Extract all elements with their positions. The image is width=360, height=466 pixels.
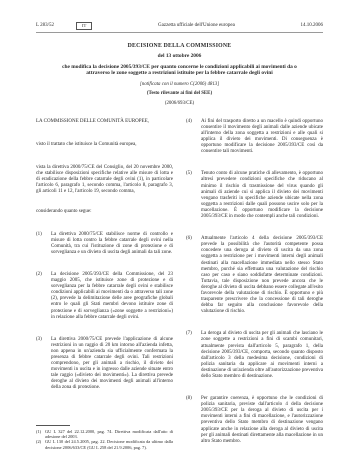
recital-7-text: La deroga al divieto di uscita per gli a… <box>201 331 323 380</box>
right-column: (4) Ai fini del trasporto diretto a un m… <box>186 119 323 450</box>
footnote-2-text: GU L 130 del 24.5.2005, pag. 22. Decisio… <box>45 439 173 450</box>
journal-title: Gazzetta ufficiale dell'Unione europea <box>92 22 300 29</box>
header-date: 14.10.2006 <box>301 22 324 29</box>
notification-number: [notificata con il numero C(2006) 4813] <box>36 82 323 87</box>
directive-citation: vista la direttiva 2000/75/CE del Consig… <box>36 165 173 195</box>
footnote-2-marker: (2) <box>36 439 45 450</box>
recital-2-number: (2) <box>36 272 51 321</box>
footnote-2: (2) GU L 130 del 24.5.2005, pag. 22. Dec… <box>36 439 173 450</box>
recital-1: (1) La direttiva 2000/75/CE stabilisce n… <box>36 232 173 256</box>
considering-line: considerando quanto segue: <box>36 209 173 215</box>
recital-2: (2) La decisione 2005/393/CE della Commi… <box>36 272 173 321</box>
two-column-body: LA COMMISSIONE DELLE COMUNITÀ EUROPEE, v… <box>36 119 323 450</box>
recital-6-number: (6) <box>186 236 201 315</box>
decision-subject: che modifica la decisione 2005/393/CE pe… <box>54 64 306 77</box>
decision-date: del 13 ottobre 2006 <box>36 53 323 59</box>
recital-7: (7) La deroga al divieto di uscita per g… <box>186 331 323 380</box>
language-code-box: IT <box>76 22 92 30</box>
recital-5-number: (5) <box>186 171 201 220</box>
opening-line: LA COMMISSIONE DELLE COMUNITÀ EUROPEE, <box>36 119 173 125</box>
recital-4-text: Ai fini del trasporto diretto a un macel… <box>201 119 323 156</box>
recital-3-text: La direttiva 2000/75/CE prevede l'applic… <box>51 337 173 392</box>
journal-page: L 283/52 IT Gazzetta ufficiale dell'Unio… <box>0 0 360 466</box>
title-block: DECISIONE DELLA COMMISSIONE del 13 ottob… <box>36 43 323 106</box>
recital-1-number: (1) <box>36 232 51 256</box>
eea-relevance-note: (Testo rilevante ai fini del SEE) <box>36 91 323 96</box>
recital-3: (3) La direttiva 2000/75/CE prevede l'ap… <box>36 337 173 392</box>
footnote-separator <box>36 425 70 426</box>
running-header: L 283/52 IT Gazzetta ufficiale dell'Unio… <box>36 22 323 33</box>
decision-number: (2006/693/CE) <box>36 101 323 106</box>
recital-3-number: (3) <box>36 337 51 392</box>
footnotes: (1) GU L 327 del 22.12.2000, pag. 74. Di… <box>36 421 173 450</box>
recital-6: (6) Attualmente l'articolo 4 della decis… <box>186 236 323 315</box>
footnote-1-text: GU L 327 del 22.12.2000, pag. 74. Dirett… <box>45 429 173 440</box>
recital-1-text: La direttiva 2000/75/CE stabilisce norme… <box>51 232 173 256</box>
recital-2-text: La decisione 2005/393/CE della Commissio… <box>51 272 173 321</box>
recital-7-number: (7) <box>186 331 201 380</box>
left-column: LA COMMISSIONE DELLE COMUNITÀ EUROPEE, v… <box>36 119 173 450</box>
recital-8: (8) Per garantire coerenza, è opportuno … <box>186 396 323 445</box>
recital-5-text: Tenuto conto di alcune pratiche di allev… <box>201 171 323 220</box>
footnote-1-marker: (1) <box>36 429 45 440</box>
recital-8-text: Per garantire coerenza, è opportuno che … <box>201 396 323 445</box>
recital-4-number: (4) <box>186 119 201 156</box>
recital-4: (4) Ai fini del trasporto diretto a un m… <box>186 119 323 156</box>
recital-8-number: (8) <box>186 396 201 445</box>
footnote-1: (1) GU L 327 del 22.12.2000, pag. 74. Di… <box>36 429 173 440</box>
treaty-citation: visto il trattato che istituisce la Comu… <box>36 142 173 148</box>
recital-5: (5) Tenuto conto di alcune pratiche di a… <box>186 171 323 220</box>
page-number: L 283/52 <box>36 22 70 29</box>
decision-heading: DECISIONE DELLA COMMISSIONE <box>36 43 323 49</box>
recital-6-text: Attualmente l'articolo 4 della decisione… <box>201 236 323 315</box>
